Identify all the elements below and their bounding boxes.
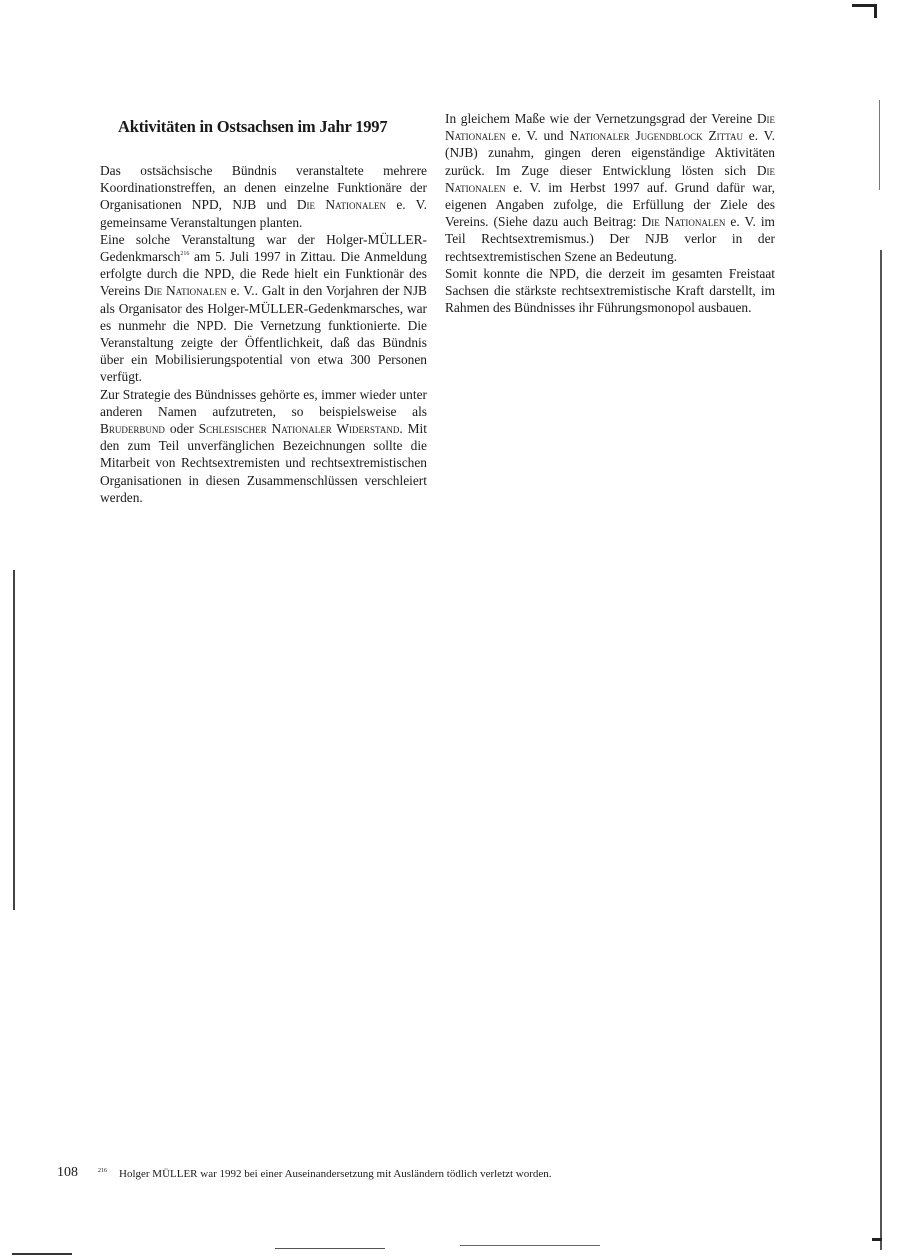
org-name: Die Nationalen <box>642 214 726 229</box>
org-name: Die Nationalen <box>297 197 386 212</box>
org-name: Bruderbund <box>100 421 165 436</box>
org-name: Nationaler Jugendblock Zittau <box>569 128 743 143</box>
footnote-ref[interactable]: 216 <box>180 251 189 257</box>
scan-edge-bottom <box>12 1253 72 1255</box>
text: Somit konnte die NPD, die derzeit im ges… <box>445 266 775 315</box>
footnote-number: 216 <box>98 1168 107 1174</box>
page-number: 108 <box>57 1165 78 1181</box>
scan-edge-line-right <box>879 100 880 190</box>
text: In gleichem Maße wie der Vernetzungsgrad… <box>445 111 757 126</box>
paragraph: Somit konnte die NPD, die derzeit im ges… <box>445 265 775 317</box>
text: e. V.. Galt in den Vorjahren der NJB als… <box>100 283 427 384</box>
text: Zur Strategie des Bündnisses gehörte es,… <box>100 387 427 419</box>
left-column: Das ostsächsische Bündnis veranstaltete … <box>100 162 427 506</box>
footnote-text: Holger MÜLLER war 1992 bei einer Auseina… <box>119 1168 552 1180</box>
crop-mark-bottom-right <box>872 1238 882 1241</box>
right-column: In gleichem Maße wie der Vernetzungsgrad… <box>445 110 775 316</box>
text: oder <box>165 421 199 436</box>
paragraph: In gleichem Maße wie der Vernetzungsgrad… <box>445 110 775 265</box>
section-heading: Aktivitäten in Ostsachsen im Jahr 1997 <box>118 117 387 137</box>
org-name: Schlesischer Nationaler Widerstand <box>199 421 400 436</box>
scan-edge-bottom <box>460 1245 600 1246</box>
scan-edge-line-left <box>13 570 15 910</box>
org-name: Die Nationalen <box>144 283 227 298</box>
paragraph: Das ostsächsische Bündnis veranstaltete … <box>100 162 427 231</box>
text: e. V. und <box>506 128 570 143</box>
footnote: 216Holger MÜLLER war 1992 bei einer Ause… <box>98 1168 552 1180</box>
paragraph: Eine solche Veranstaltung war der Holger… <box>100 231 427 386</box>
crop-mark-top-right-tail <box>874 4 877 18</box>
paragraph: Zur Strategie des Bündnisses gehörte es,… <box>100 386 427 506</box>
scan-edge-line-right <box>880 250 882 1250</box>
scan-edge-bottom <box>275 1248 385 1249</box>
crop-mark-top-right <box>852 4 876 7</box>
